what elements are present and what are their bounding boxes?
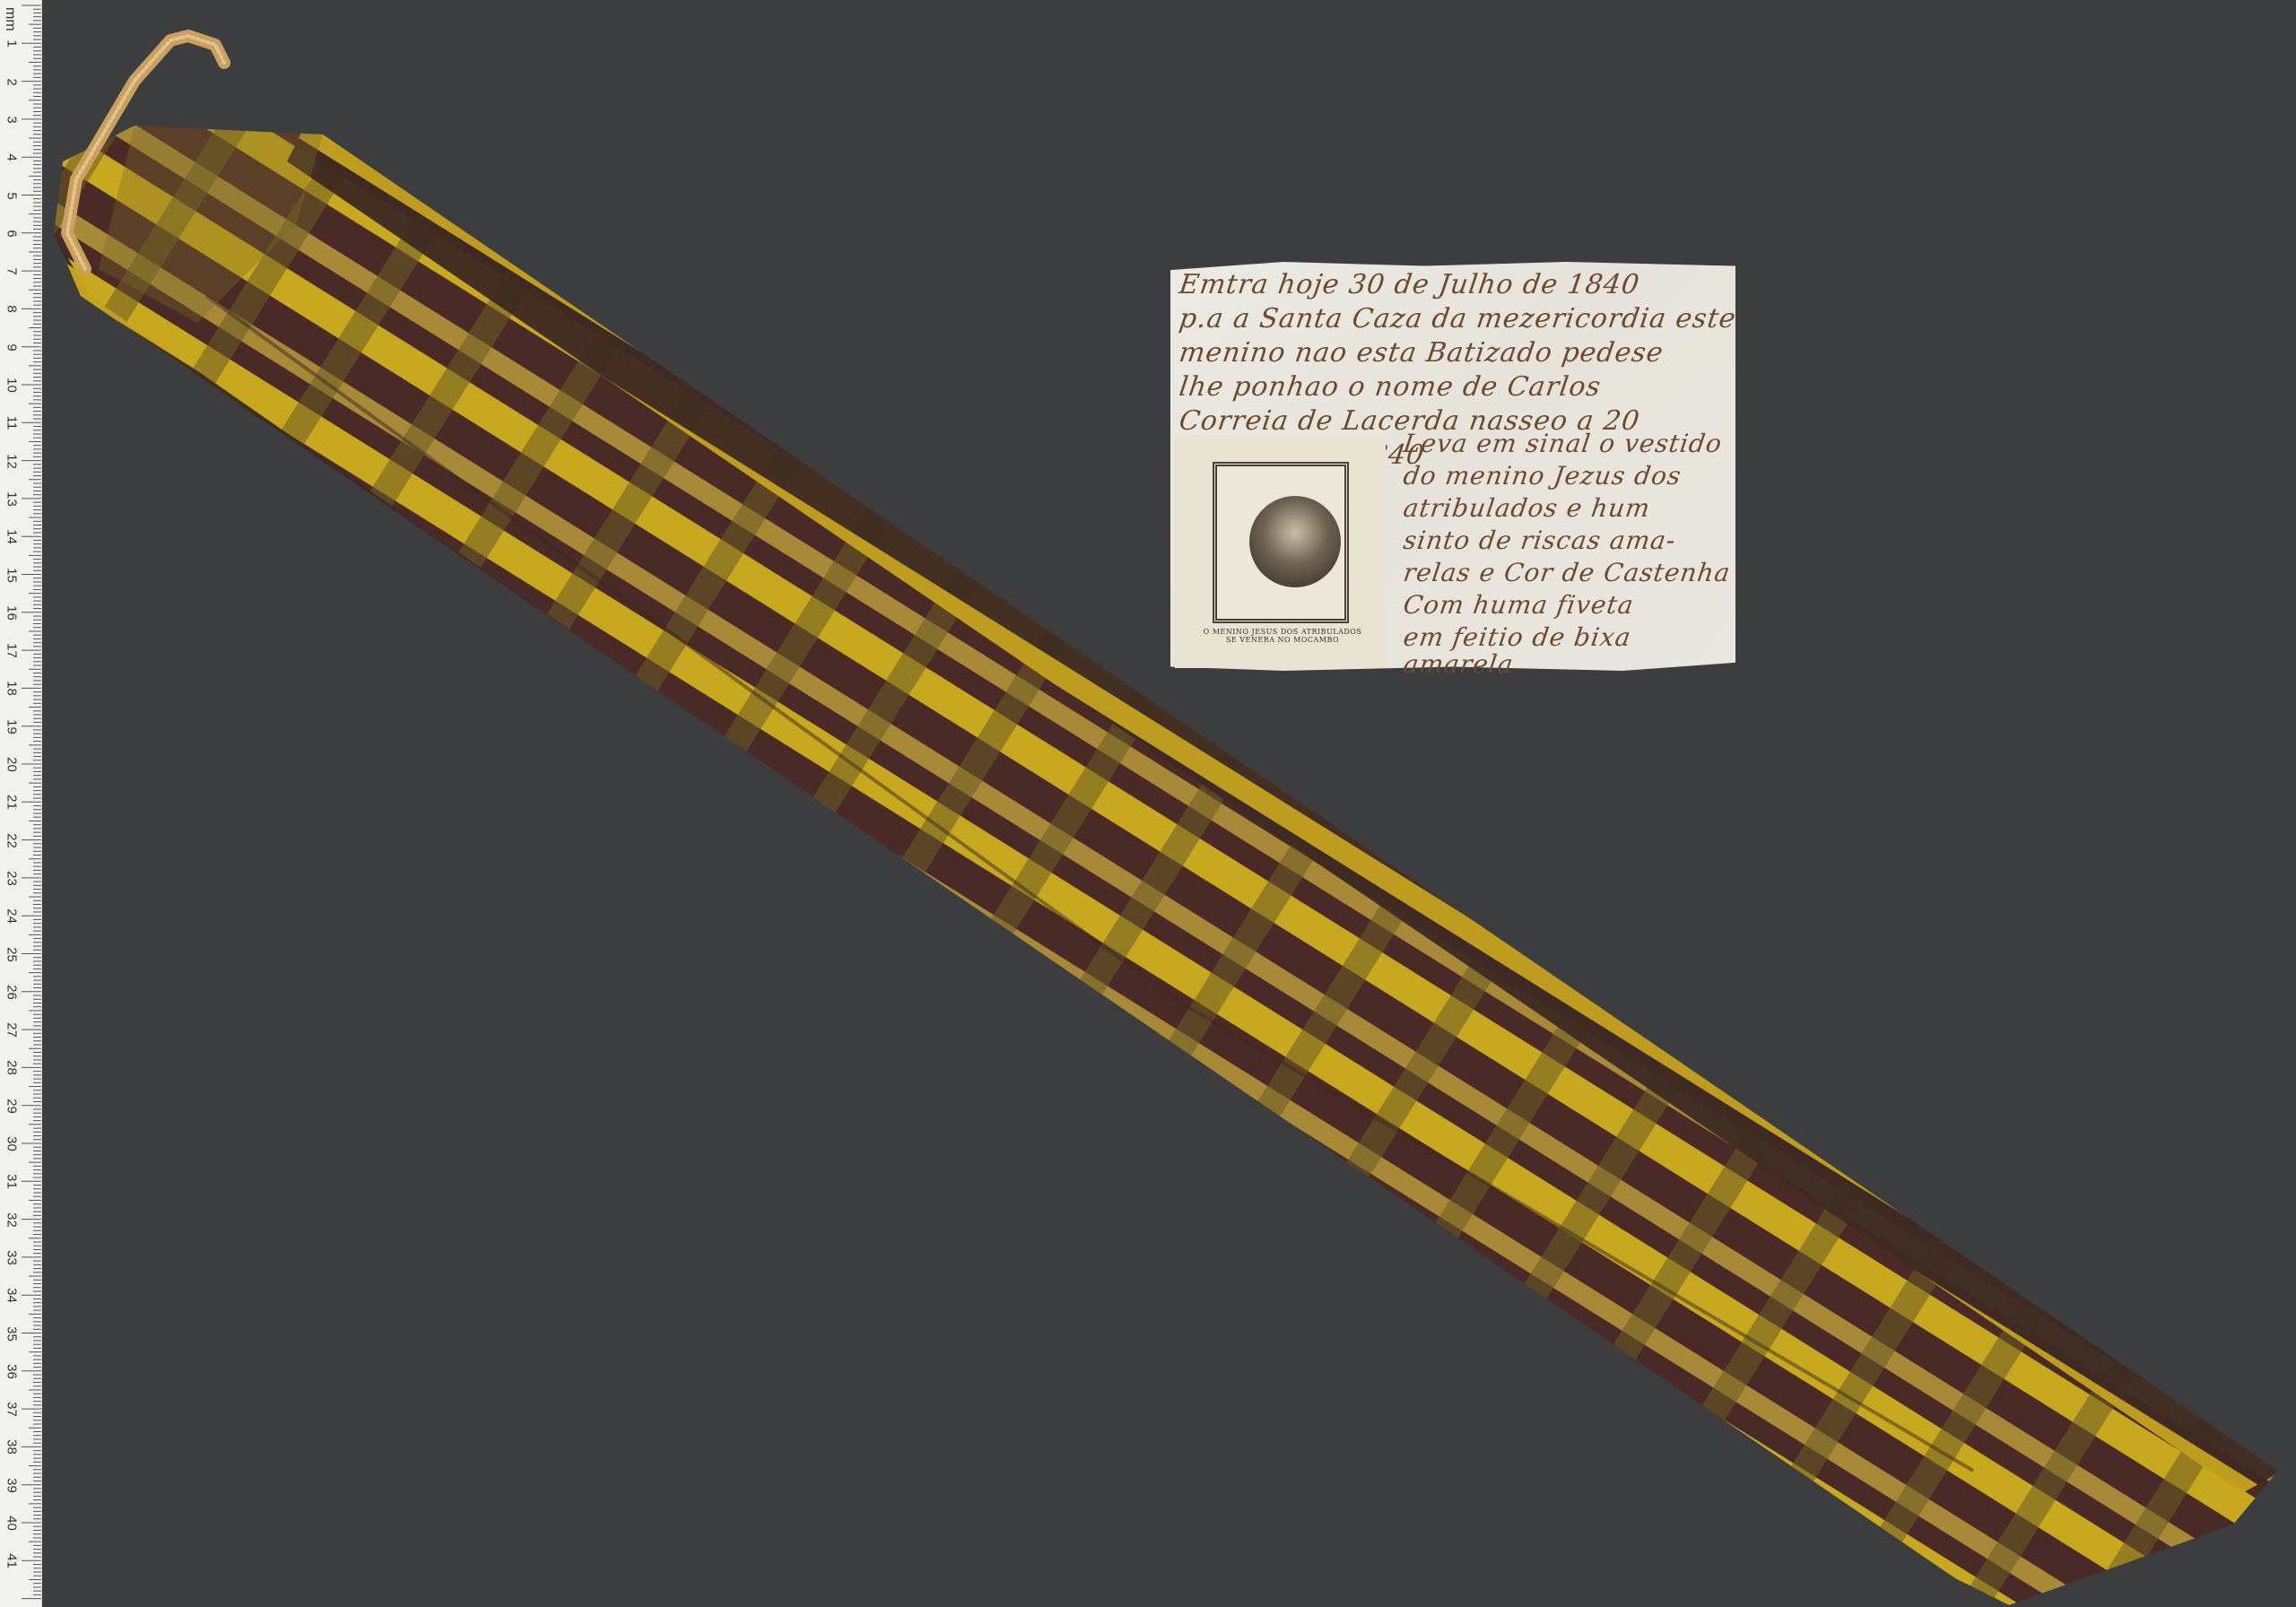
note-line-3: menino nao esta Batizado pedese bbox=[1178, 337, 1666, 369]
note-line-1: Emtra hoje 30 de Julho de 1840 bbox=[1178, 269, 1642, 300]
note-line-10: sinto de riscas ama- bbox=[1402, 526, 1678, 555]
note-line-8: do menino Jezus dos bbox=[1402, 461, 1683, 491]
note-line-2: p.a a Santa Caza da mezericordia este bbox=[1178, 303, 1739, 334]
infant-jesus-medallion-icon bbox=[1249, 496, 1341, 587]
medallion-inscription: O MENINO JESUS DOS ATRIBULADOS SE VENERA… bbox=[1202, 628, 1363, 644]
note-line-13: em feitio de bixa bbox=[1402, 622, 1633, 652]
sash-photo bbox=[0, 0, 2296, 1607]
note-line-4: lhe ponhao o nome de Carlos bbox=[1178, 371, 1604, 403]
note-line-14: amarela bbox=[1402, 649, 1516, 679]
sash bbox=[36, 126, 2283, 1607]
note-line-9: atribulados e hum bbox=[1402, 493, 1653, 523]
note-line-12: Com huma fiveta bbox=[1402, 590, 1636, 620]
note-line-11: relas e Cor de Castenha bbox=[1402, 558, 1733, 587]
note-line-7: Leva em sinal o vestido bbox=[1402, 429, 1725, 458]
